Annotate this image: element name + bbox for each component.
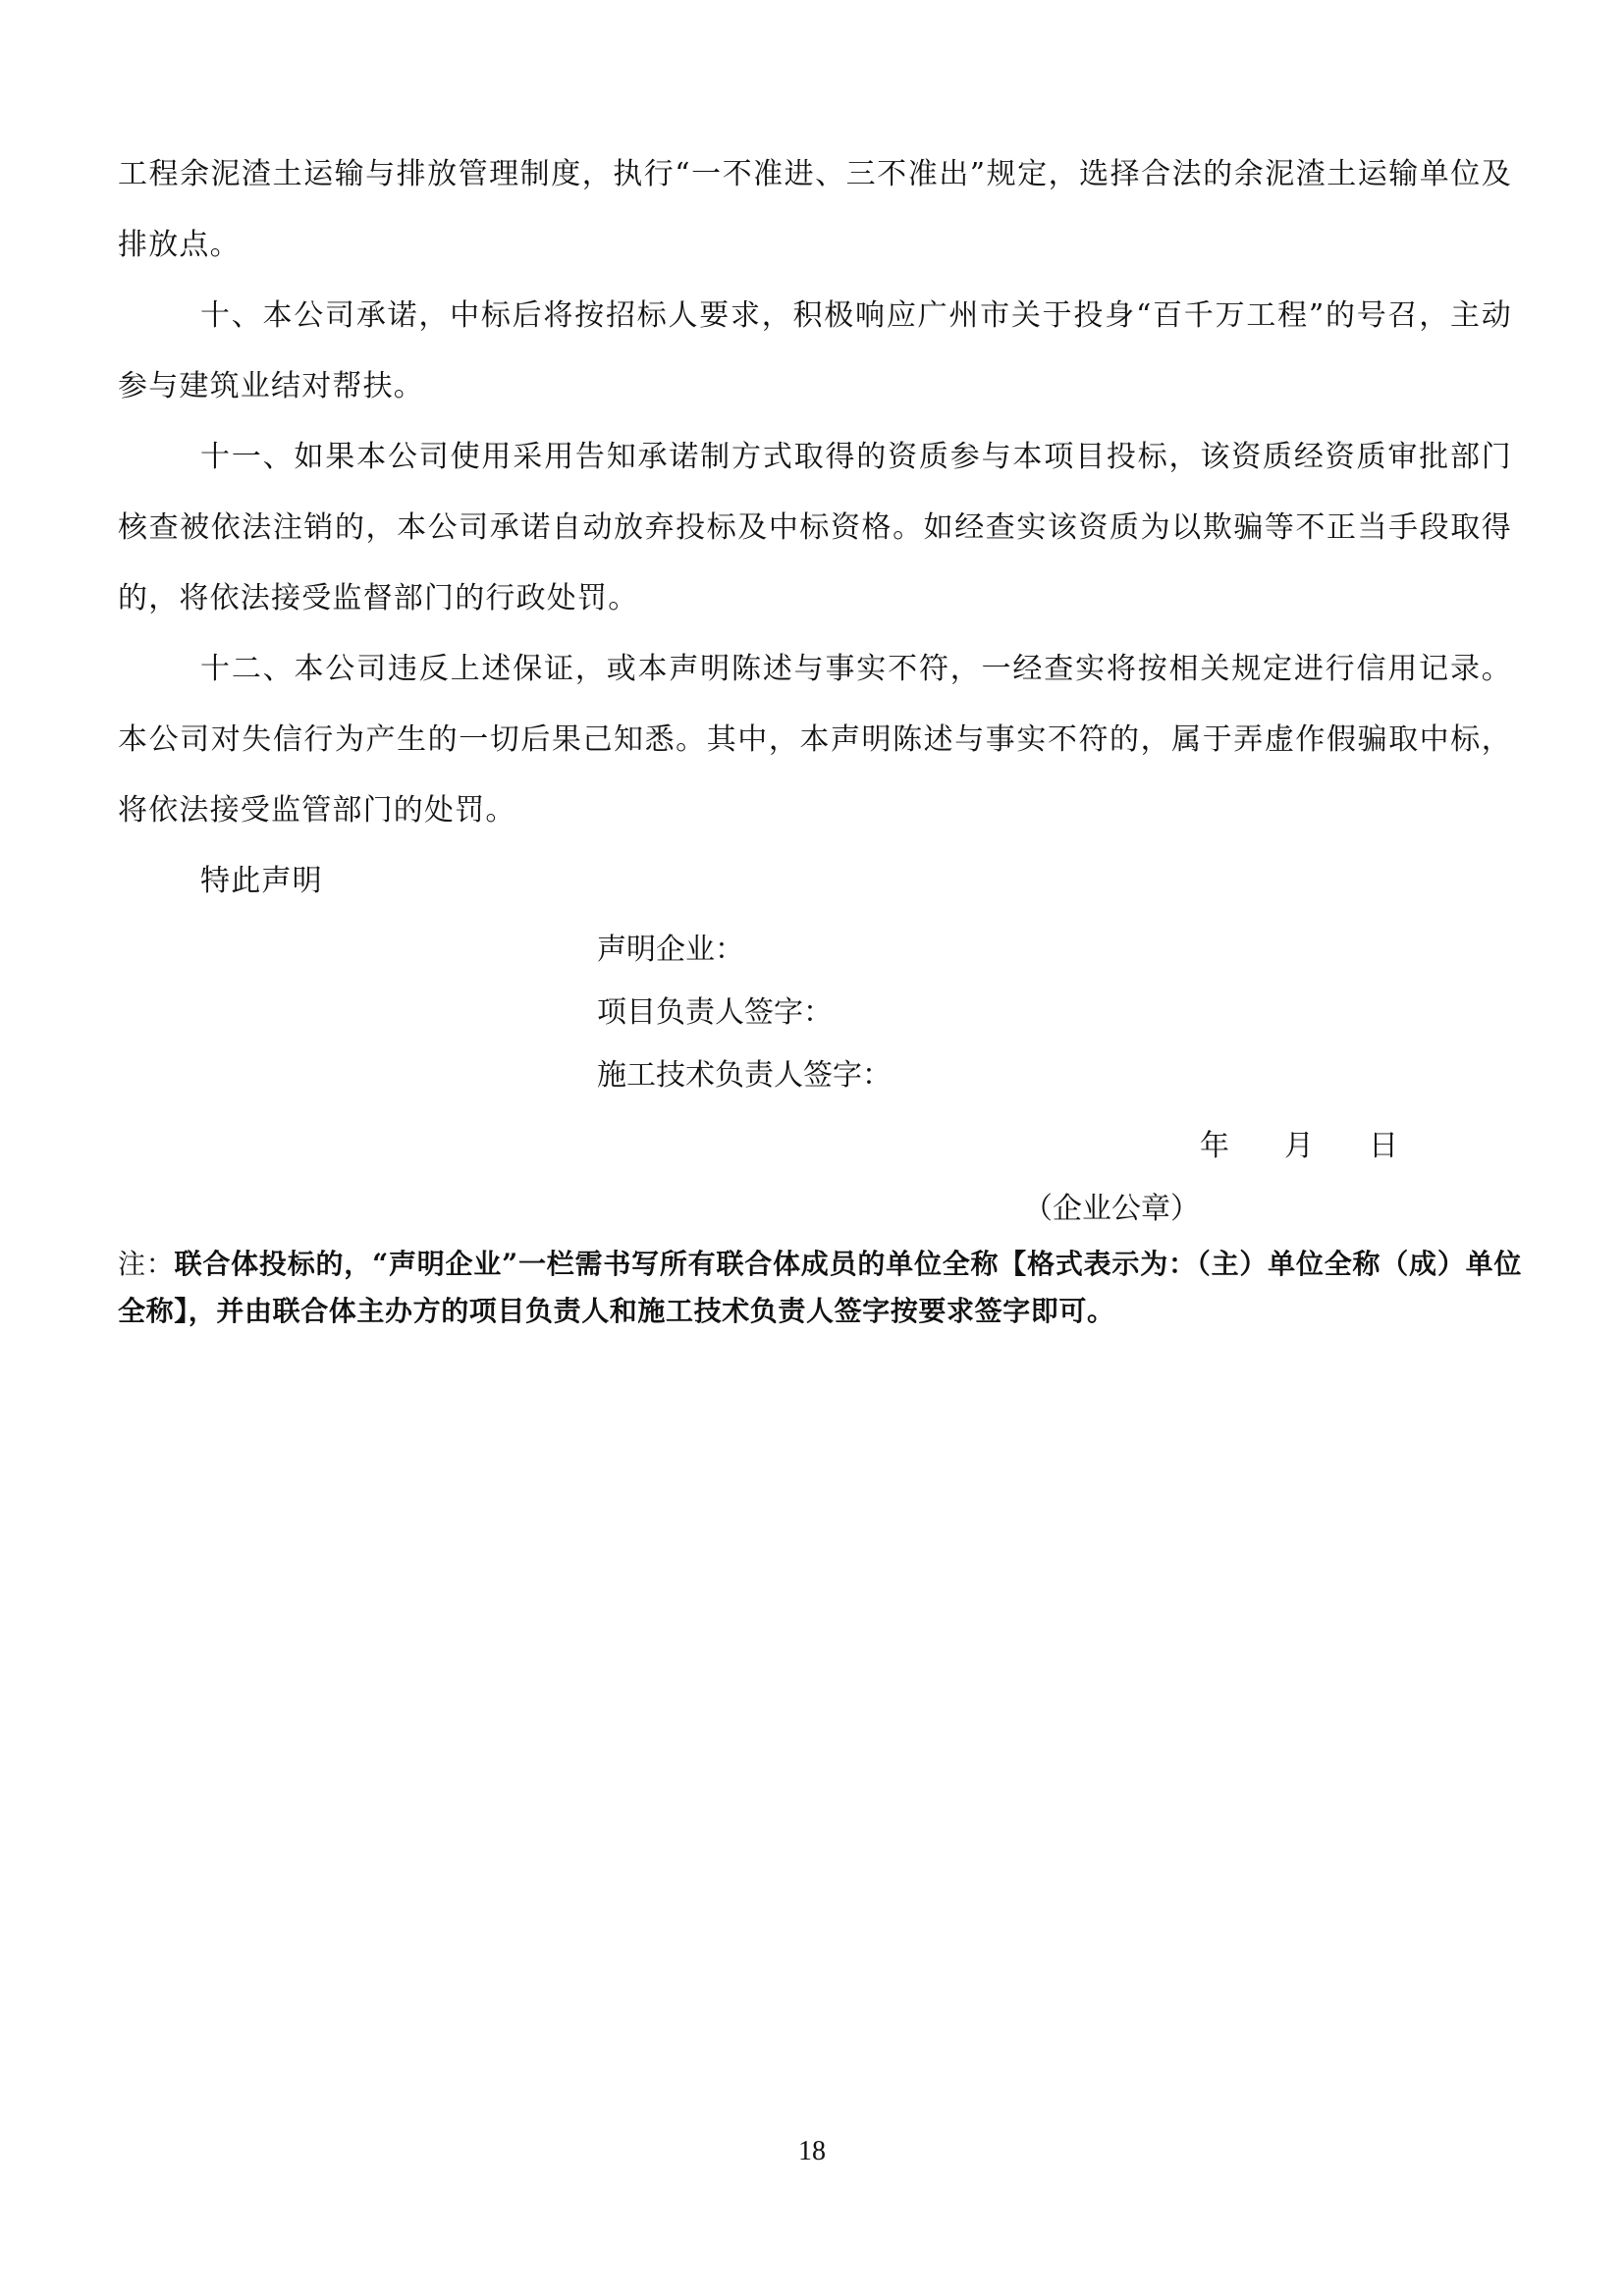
- signature-company-label: 声明企业：: [597, 915, 744, 986]
- date-month-label: 月: [1284, 1121, 1314, 1164]
- closing-statement: 特此声明: [118, 846, 1512, 917]
- paragraph-clause-11: 十一、如果本公司使用采用告知承诺制方式取得的资质参与本项目投标，该资质经资质审批…: [118, 422, 1512, 634]
- date-year-label: 年: [1200, 1121, 1229, 1164]
- note-label: 注：: [118, 1248, 175, 1280]
- company-seal-label: （企业公章）: [1023, 1184, 1200, 1227]
- paragraph-clause-12: 十二、本公司违反上述保证，或本声明陈述与事实不符，一经查实将按相关规定进行信用记…: [118, 634, 1512, 846]
- signature-project-lead-label: 项目负责人签字：: [597, 978, 833, 1048]
- declaration-body: 工程余泥渣土运输与排放管理制度，执行“一不准进、三不准出”规定，选择合法的余泥渣…: [118, 139, 1512, 917]
- paragraph-continuation: 工程余泥渣土运输与排放管理制度，执行“一不准进、三不准出”规定，选择合法的余泥渣…: [118, 139, 1512, 281]
- document-page: 工程余泥渣土运输与排放管理制度，执行“一不准进、三不准出”规定，选择合法的余泥渣…: [0, 0, 1624, 2296]
- signature-tech-lead-label: 施工技术负责人签字：: [597, 1041, 892, 1111]
- consortium-note: 注：联合体投标的，“声明企业”一栏需书写所有联合体成员的单位全称【格式表示为：（…: [118, 1241, 1522, 1335]
- date-day-label: 日: [1369, 1121, 1398, 1164]
- paragraph-clause-10: 十、本公司承诺，中标后将按招标人要求，积极响应广州市关于投身“百千万工程”的号召…: [118, 281, 1512, 422]
- note-text: 联合体投标的，“声明企业”一栏需书写所有联合体成员的单位全称【格式表示为：（主）…: [118, 1248, 1522, 1327]
- page-number: 18: [0, 2136, 1624, 2167]
